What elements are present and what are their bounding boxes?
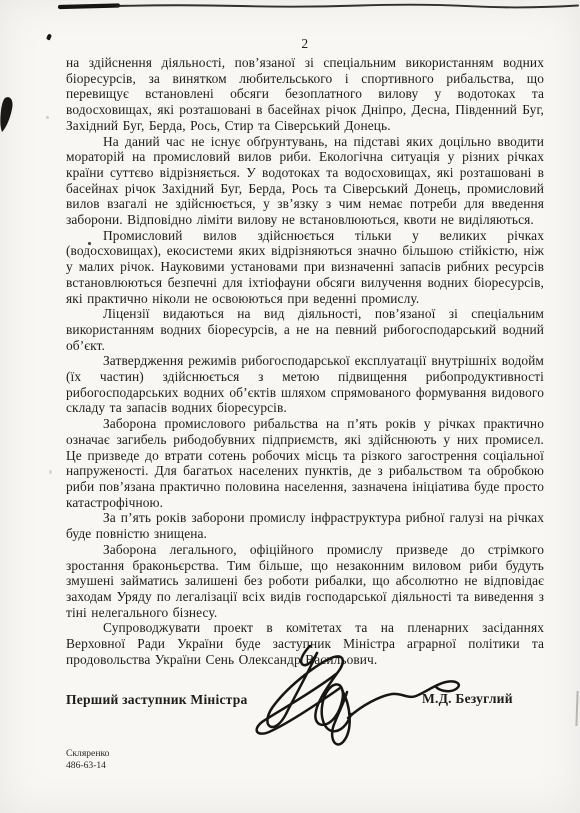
executor-phone: 486-63-14: [66, 760, 109, 772]
paragraph: Промисловий вилов здійснюється тільки у …: [66, 228, 544, 307]
ink-blot: [0, 95, 16, 133]
scanned-document-page: 2 на здійснення діяльності, пов’язаної з…: [0, 0, 580, 813]
scan-artifact-top-line: [0, 0, 580, 14]
paper-fleck: [46, 116, 49, 119]
page-number: 2: [66, 36, 544, 52]
signatory-title: Перший заступник Міністра: [66, 692, 247, 708]
executor-name: Скляренко: [66, 748, 109, 760]
executor-footer: Скляренко 486-63-14: [66, 748, 109, 771]
paragraph: За п’ять років заборони промислу інфраст…: [66, 510, 544, 541]
document-body: на здійснення діяльності, пов’язаної зі …: [66, 55, 544, 667]
ink-speck: [46, 33, 52, 40]
paragraph: Заборона промислового рибальства на п’ят…: [66, 416, 544, 510]
paragraph: Затвердження режимів рибогосподарської е…: [66, 353, 544, 416]
paragraph: Заборона легального, офіційного промислу…: [66, 542, 544, 621]
paragraph: Ліцензії видаються на вид діяльності, по…: [66, 306, 544, 353]
paragraph: На даний час не існує обґрунтувань, на п…: [66, 134, 544, 228]
signature-ink: [250, 638, 480, 768]
edge-artifact-line: [575, 691, 578, 726]
paper-fleck: [49, 470, 52, 474]
paragraph: на здійснення діяльності, пов’язаної зі …: [66, 55, 544, 134]
